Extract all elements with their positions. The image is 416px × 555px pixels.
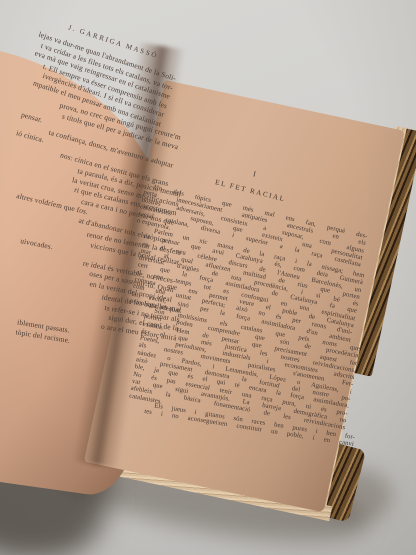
book-photo: J. GARRIGA MASSÓ lejas va dur-me quan l'… bbox=[0, 0, 416, 555]
right-page-text: I EL FET RACIAL Un dels tòpics que més m… bbox=[146, 138, 374, 416]
